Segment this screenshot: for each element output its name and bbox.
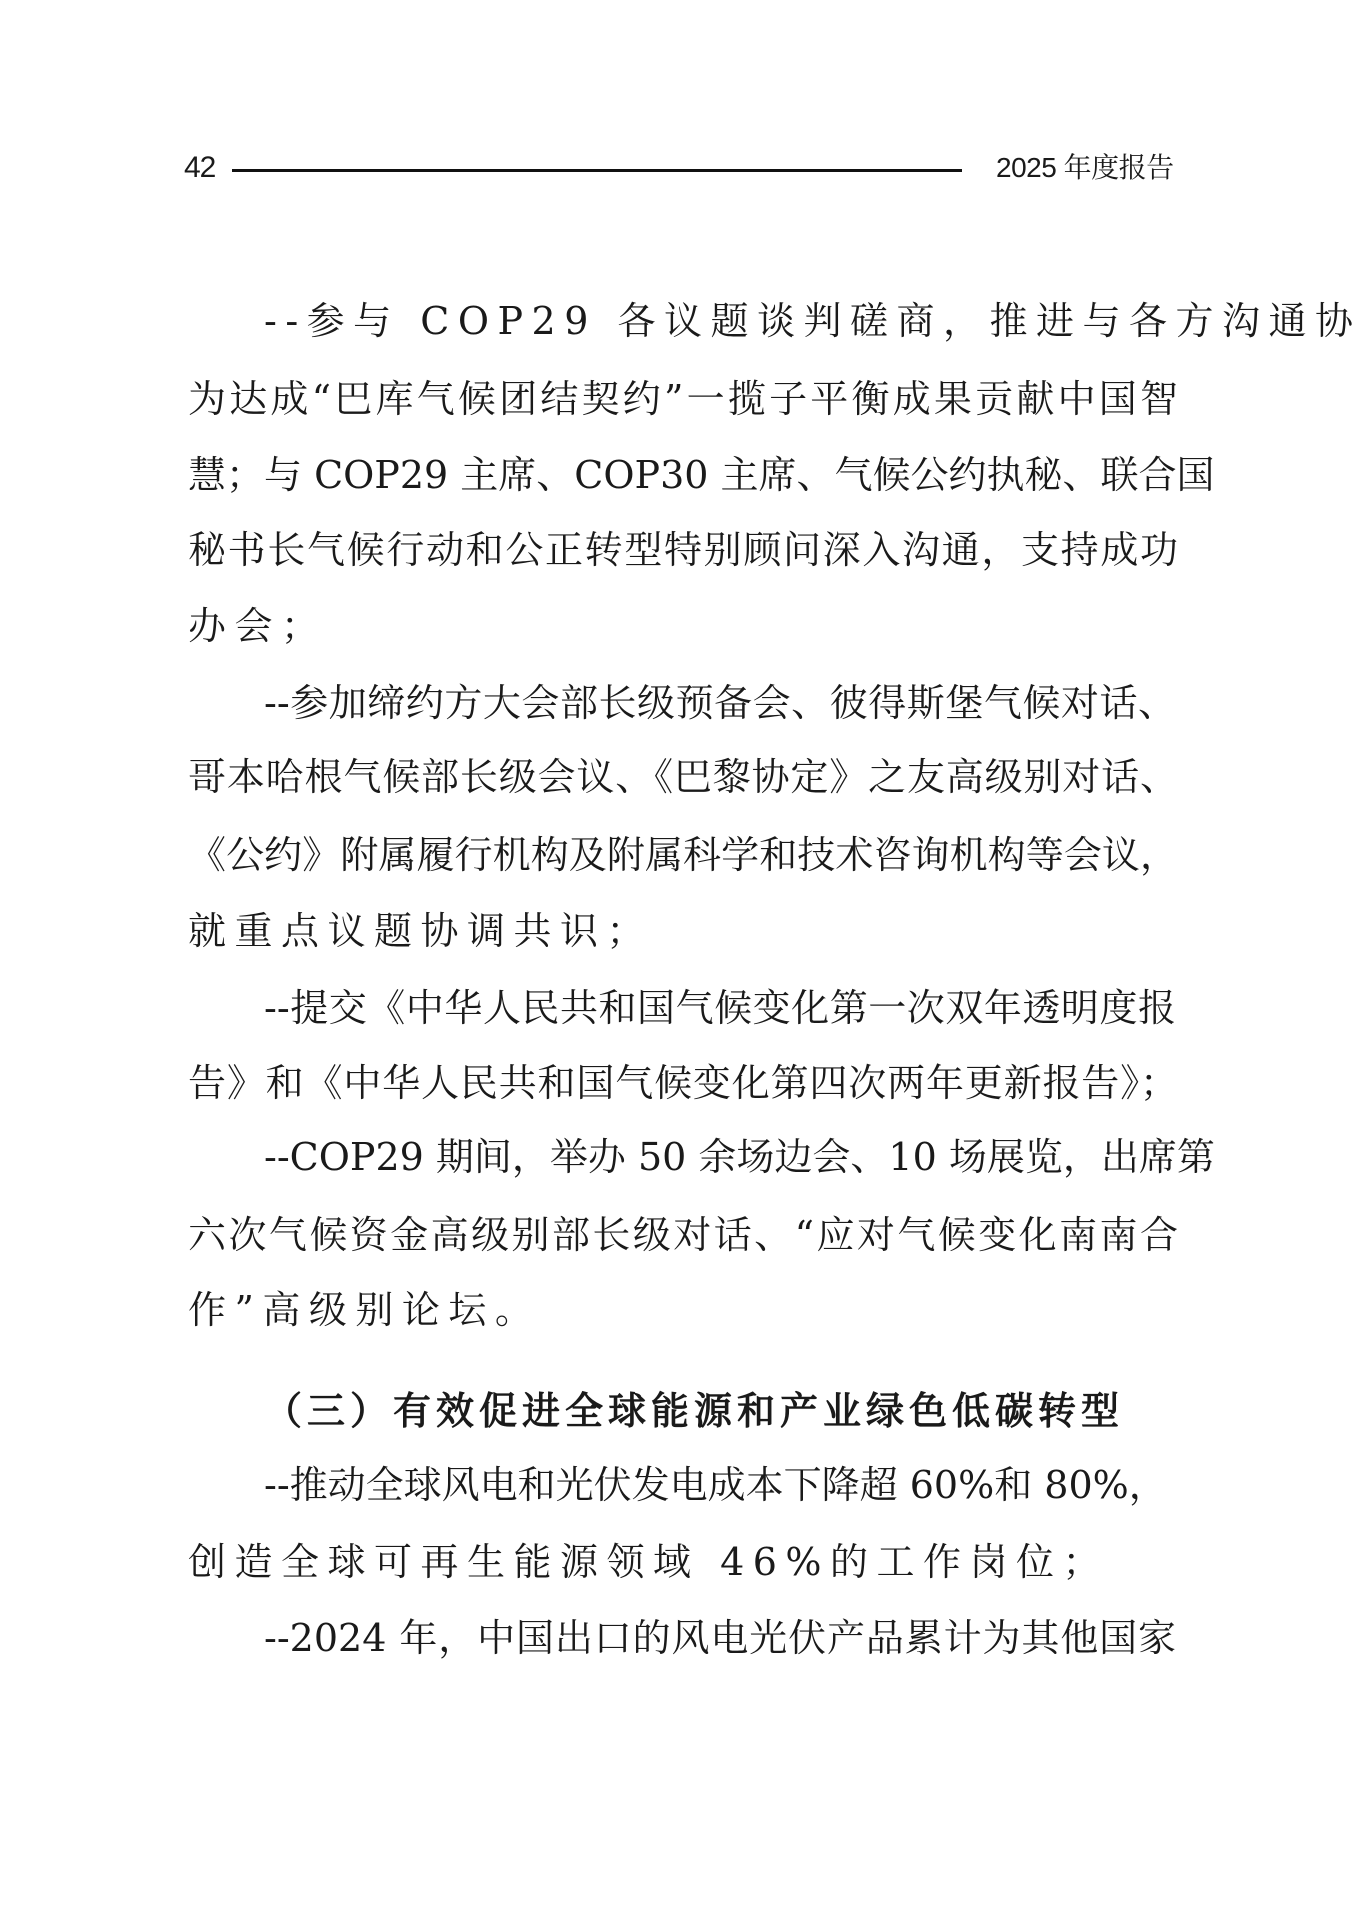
text-line: --参加缔约方大会部长级预备会、彼得斯堡气候对话、 bbox=[264, 677, 1176, 729]
text-line: --2024 年，中国出口的风电光伏产品累计为其他国家 bbox=[264, 1612, 1176, 1664]
text-line: --COP29 期间，举办 50 余场边会、10 场展览，出席第 bbox=[264, 1131, 1176, 1183]
text-line: 办会； bbox=[188, 600, 1178, 652]
text-line: 为达成“巴库气候团结契约”一揽子平衡成果贡献中国智 bbox=[188, 373, 1178, 425]
text-line: 秘书长气候行动和公正转型特别顾问深入沟通，支持成功 bbox=[188, 524, 1178, 576]
text-line: 六次气候资金高级别部长级对话、“应对气候变化南南合 bbox=[188, 1209, 1178, 1261]
text-line: --推动全球风电和光伏发电成本下降超 60%和 80%， bbox=[264, 1459, 1160, 1511]
section-heading: （三）有效促进全球能源和产业绿色低碳转型 bbox=[264, 1385, 1124, 1437]
page-header: 42 2025 年度报告 bbox=[0, 0, 1359, 220]
text-line: 创造全球可再生能源领域 46%的工作岗位； bbox=[188, 1536, 1178, 1588]
text-line: 慧；与 COP29 主席、COP30 主席、气候公约执秘、联合国 bbox=[188, 449, 1178, 501]
report-title: 2025 年度报告 bbox=[996, 148, 1174, 188]
text-line: 《公约》附属履行机构及附属科学和技术咨询机构等会议， bbox=[188, 829, 1178, 881]
text-line: 就重点议题协调共识； bbox=[188, 905, 1178, 957]
page-number: 42 bbox=[184, 148, 215, 188]
text-line: 告》和《中华人民共和国气候变化第四次两年更新报告》； bbox=[188, 1057, 1178, 1109]
text-line: --参与 COP29 各议题谈判磋商，推进与各方沟通协调， bbox=[264, 295, 1176, 347]
text-line: 作”高级别论坛。 bbox=[188, 1284, 1178, 1336]
header-rule bbox=[232, 169, 962, 172]
text-line: 哥本哈根气候部长级会议、《巴黎协定》之友高级别对话、 bbox=[188, 751, 1178, 803]
text-line: --提交《中华人民共和国气候变化第一次双年透明度报 bbox=[264, 982, 1176, 1034]
